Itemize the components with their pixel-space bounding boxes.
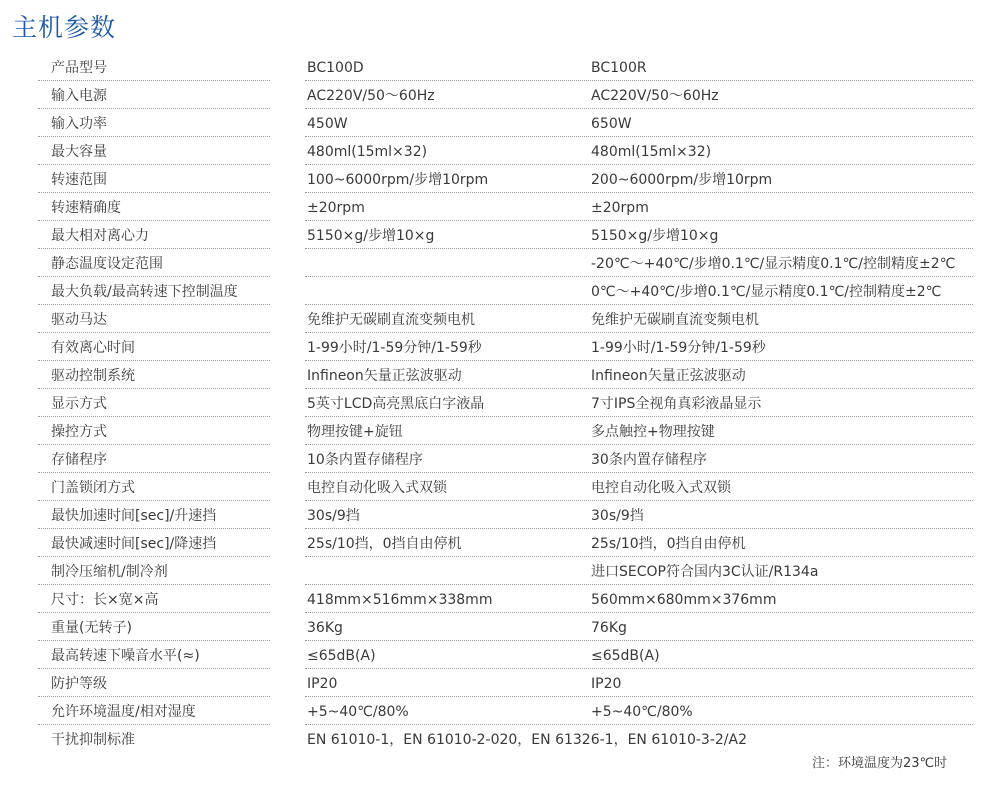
row-values: IP20 IP20 <box>305 670 973 697</box>
row-values: ±20rpm ±20rpm <box>305 194 973 221</box>
value-bc100r: BC100R <box>591 54 647 82</box>
row-label-static-temp-range: 静态温度设定范围 <box>38 250 270 277</box>
row-label-ambient: 允许环境温度/相对湿度 <box>38 698 270 725</box>
row-label-drive-motor: 驱动马达 <box>38 306 270 333</box>
row-values: 物理按键+旋钮 多点触控+物理按键 <box>305 418 973 445</box>
value-bc100d: 免维护无碳刷直流变频电机 <box>307 306 475 334</box>
value-bc100d: 物理按键+旋钮 <box>307 418 403 446</box>
value-bc100r: 电控自动化吸入式双锁 <box>591 474 731 502</box>
value-bc100d: IP20 <box>307 670 337 698</box>
value-bc100d: 10条内置存储程序 <box>307 446 423 474</box>
value-bc100r: ≤65dB(A) <box>591 642 660 670</box>
row-label-max-capacity: 最大容量 <box>38 138 270 165</box>
row-values: Infineon矢量正弦波驱动 Infineon矢量正弦波驱动 <box>305 362 973 389</box>
row-label-emc-standards: 干扰抑制标准 <box>38 726 270 753</box>
row-label-max-rcf: 最大相对离心力 <box>38 222 270 249</box>
table-row: 干扰抑制标准 EN 61010-1，EN 61010-2-020，EN 6132… <box>0 726 998 754</box>
table-row: 有效离心时间 1-99小时/1-59分钟/1-59秒 1-99小时/1-59分钟… <box>0 334 998 362</box>
value-bc100d: 480ml(15ml×32) <box>307 138 427 166</box>
value-bc100d: BC100D <box>307 54 364 82</box>
value-bc100r: +5~40℃/80% <box>591 698 693 726</box>
table-row: 最大相对离心力 5150×g/步增10×g 5150×g/步增10×g <box>0 222 998 250</box>
row-values: 36Kg 76Kg <box>305 614 973 641</box>
table-row: 最快加速时间[sec]/升速挡 30s/9挡 30s/9挡 <box>0 502 998 530</box>
value-bc100r: 480ml(15ml×32) <box>591 138 711 166</box>
table-row: 驱动控制系统 Infineon矢量正弦波驱动 Infineon矢量正弦波驱动 <box>0 362 998 390</box>
table-row: 重量(无转子) 36Kg 76Kg <box>0 614 998 642</box>
row-values: AC220V/50～60Hz AC220V/50～60Hz <box>305 82 973 109</box>
row-values: 450W 650W <box>305 110 973 137</box>
row-label-drive-control: 驱动控制系统 <box>38 362 270 389</box>
table-row: 最快减速时间[sec]/降速挡 25s/10挡，0挡自由停机 25s/10挡，0… <box>0 530 998 558</box>
value-bc100d: 25s/10挡，0挡自由停机 <box>307 530 462 558</box>
row-values: 5英寸LCD高亮黑底白字液晶 7寸IPS全视角真彩液晶显示 <box>305 390 973 417</box>
value-bc100d: 450W <box>307 110 348 138</box>
table-row: 防护等级 IP20 IP20 <box>0 670 998 698</box>
value-bc100d: ±20rpm <box>307 194 365 222</box>
value-bc100r: 1-99小时/1-59分钟/1-59秒 <box>591 334 766 362</box>
table-row: 产品型号 BC100D BC100R <box>0 54 998 82</box>
row-label-speed-range: 转速范围 <box>38 166 270 193</box>
row-values: 25s/10挡，0挡自由停机 25s/10挡，0挡自由停机 <box>305 530 973 557</box>
row-values: -20℃～+40℃/步增0.1℃/显示精度0.1℃/控制精度±2℃ <box>305 250 973 277</box>
row-label-display: 显示方式 <box>38 390 270 417</box>
value-bc100d: 5150×g/步增10×g <box>307 222 434 250</box>
row-label-protection: 防护等级 <box>38 670 270 697</box>
row-values: 30s/9挡 30s/9挡 <box>305 502 973 529</box>
table-row: 制冷压缩机/制冷剂 进口SECOP符合国内3C认证/R134a <box>0 558 998 586</box>
row-values: 5150×g/步增10×g 5150×g/步增10×g <box>305 222 973 249</box>
row-label-max-load-temp: 最大负载/最高转速下控制温度 <box>38 278 270 305</box>
row-values: 1-99小时/1-59分钟/1-59秒 1-99小时/1-59分钟/1-59秒 <box>305 334 973 361</box>
value-bc100r: 7寸IPS全视角真彩液晶显示 <box>591 390 761 418</box>
row-values: 418mm×516mm×338mm 560mm×680mm×376mm <box>305 586 973 613</box>
value-bc100r: 30s/9挡 <box>591 502 644 530</box>
value-bc100d: 418mm×516mm×338mm <box>307 586 492 614</box>
value-bc100r: 560mm×680mm×376mm <box>591 586 776 614</box>
table-row: 最大负载/最高转速下控制温度 0℃～+40℃/步增0.1℃/显示精度0.1℃/控… <box>0 278 998 306</box>
value-bc100r: 0℃～+40℃/步增0.1℃/显示精度0.1℃/控制精度±2℃ <box>591 278 941 306</box>
row-values: 免维护无碳刷直流变频电机 免维护无碳刷直流变频电机 <box>305 306 973 333</box>
row-values: 480ml(15ml×32) 480ml(15ml×32) <box>305 138 973 165</box>
value-bc100d: +5~40℃/80% <box>307 698 409 726</box>
row-label-operation: 操控方式 <box>38 418 270 445</box>
row-label-model: 产品型号 <box>38 54 270 81</box>
row-label-speed-accuracy: 转速精确度 <box>38 194 270 221</box>
page-title: 主机参数 <box>12 8 116 44</box>
row-values: 100~6000rpm/步增10rpm 200~6000rpm/步增10rpm <box>305 166 973 193</box>
table-row: 静态温度设定范围 -20℃～+40℃/步增0.1℃/显示精度0.1℃/控制精度±… <box>0 250 998 278</box>
value-bc100d: 1-99小时/1-59分钟/1-59秒 <box>307 334 482 362</box>
table-row: 最大容量 480ml(15ml×32) 480ml(15ml×32) <box>0 138 998 166</box>
value-bc100r: 5150×g/步增10×g <box>591 222 718 250</box>
row-values: 电控自动化吸入式双锁 电控自动化吸入式双锁 <box>305 474 973 501</box>
table-row: 输入功率 450W 650W <box>0 110 998 138</box>
value-bc100r: -20℃～+40℃/步增0.1℃/显示精度0.1℃/控制精度±2℃ <box>591 250 955 278</box>
table-row: 最高转速下噪音水平(≈) ≤65dB(A) ≤65dB(A) <box>0 642 998 670</box>
value-bc100d: ≤65dB(A) <box>307 642 376 670</box>
table-row: 操控方式 物理按键+旋钮 多点触控+物理按键 <box>0 418 998 446</box>
row-label-run-time: 有效离心时间 <box>38 334 270 361</box>
row-label-noise: 最高转速下噪音水平(≈) <box>38 642 270 669</box>
table-row: 允许环境温度/相对湿度 +5~40℃/80% +5~40℃/80% <box>0 698 998 726</box>
spec-table: 产品型号 BC100D BC100R 输入电源 AC220V/50～60Hz A… <box>0 54 998 754</box>
value-bc100r: IP20 <box>591 670 621 698</box>
row-values: +5~40℃/80% +5~40℃/80% <box>305 698 973 725</box>
table-row: 转速精确度 ±20rpm ±20rpm <box>0 194 998 222</box>
table-row: 显示方式 5英寸LCD高亮黑底白字液晶 7寸IPS全视角真彩液晶显示 <box>0 390 998 418</box>
table-row: 门盖锁闭方式 电控自动化吸入式双锁 电控自动化吸入式双锁 <box>0 474 998 502</box>
row-label-lid-lock: 门盖锁闭方式 <box>38 474 270 501</box>
row-label-power-input: 输入电源 <box>38 82 270 109</box>
value-bc100r: 200~6000rpm/步增10rpm <box>591 166 772 194</box>
row-label-dimensions: 尺寸：长×宽×高 <box>38 586 270 613</box>
footnote: 注：环境温度为23℃时 <box>812 752 947 771</box>
value-bc100d: AC220V/50～60Hz <box>307 82 435 110</box>
value-bc100r: 进口SECOP符合国内3C认证/R134a <box>591 558 818 586</box>
row-values: 进口SECOP符合国内3C认证/R134a <box>305 558 973 585</box>
value-standards: EN 61010-1，EN 61010-2-020，EN 61326-1，EN … <box>307 726 747 754</box>
value-bc100d: 5英寸LCD高亮黑底白字液晶 <box>307 390 484 418</box>
value-bc100r: 多点触控+物理按键 <box>591 418 715 446</box>
value-bc100r: 30条内置存储程序 <box>591 446 707 474</box>
value-bc100d: 30s/9挡 <box>307 502 360 530</box>
row-values: ≤65dB(A) ≤65dB(A) <box>305 642 973 669</box>
value-bc100r: ±20rpm <box>591 194 649 222</box>
value-bc100r: 650W <box>591 110 632 138</box>
value-bc100r: 免维护无碳刷直流变频电机 <box>591 306 759 334</box>
table-row: 驱动马达 免维护无碳刷直流变频电机 免维护无碳刷直流变频电机 <box>0 306 998 334</box>
row-values: BC100D BC100R <box>305 54 973 81</box>
row-label-deceleration: 最快减速时间[sec]/降速挡 <box>38 530 270 557</box>
value-bc100r: 76Kg <box>591 614 627 642</box>
row-label-weight: 重量(无转子) <box>38 614 270 641</box>
table-row: 输入电源 AC220V/50～60Hz AC220V/50～60Hz <box>0 82 998 110</box>
value-bc100d: 100~6000rpm/步增10rpm <box>307 166 488 194</box>
table-row: 尺寸：长×宽×高 418mm×516mm×338mm 560mm×680mm×3… <box>0 586 998 614</box>
row-label-compressor: 制冷压缩机/制冷剂 <box>38 558 270 585</box>
row-label-programs: 存储程序 <box>38 446 270 473</box>
row-values: 0℃～+40℃/步增0.1℃/显示精度0.1℃/控制精度±2℃ <box>305 278 973 305</box>
table-row: 转速范围 100~6000rpm/步增10rpm 200~6000rpm/步增1… <box>0 166 998 194</box>
row-label-acceleration: 最快加速时间[sec]/升速挡 <box>38 502 270 529</box>
value-bc100r: Infineon矢量正弦波驱动 <box>591 362 746 390</box>
value-bc100r: 25s/10挡，0挡自由停机 <box>591 530 746 558</box>
value-bc100d: 36Kg <box>307 614 343 642</box>
value-bc100d: 电控自动化吸入式双锁 <box>307 474 447 502</box>
row-label-input-power: 输入功率 <box>38 110 270 137</box>
table-row: 存储程序 10条内置存储程序 30条内置存储程序 <box>0 446 998 474</box>
row-values: EN 61010-1，EN 61010-2-020，EN 61326-1，EN … <box>305 726 973 753</box>
row-values: 10条内置存储程序 30条内置存储程序 <box>305 446 973 473</box>
value-bc100d: Infineon矢量正弦波驱动 <box>307 362 462 390</box>
value-bc100r: AC220V/50～60Hz <box>591 82 719 110</box>
